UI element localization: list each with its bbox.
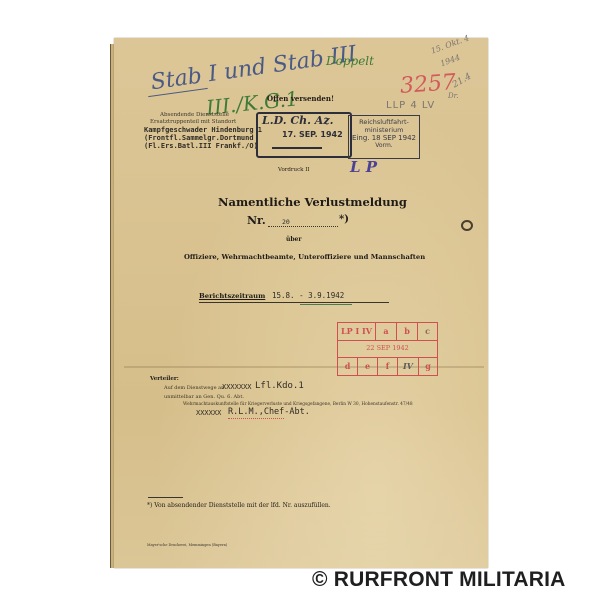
nr-value: 20 <box>282 218 290 226</box>
sender-line-3: (Fl.Ers.Batl.III Frankf./O) <box>144 142 258 150</box>
rlm-stamp-line4: Vorm. <box>349 142 419 149</box>
ueber-label: über <box>286 236 302 243</box>
red-stamp-top-row: LP I IV a b c <box>338 323 437 341</box>
sender-line-1: Kampfgeschwader Hindenburg 1 <box>144 126 262 134</box>
form-subtitle: Offiziere, Wehrmachtbeamte, Unteroffizie… <box>184 253 425 261</box>
rlm-stamp-line2: ministerium <box>349 126 419 134</box>
punch-hole <box>461 220 473 231</box>
offen-versenden-label: Offen versenden! <box>267 94 334 103</box>
receipt-stamp-ld: L.D. Ch. Az. 17. SEP. 1942 <box>256 112 352 158</box>
sender-line-2: (Frontfl.Sammelgr.Dortmund <box>144 134 254 142</box>
verteiler-label: Verteiler: <box>150 376 179 382</box>
verteiler-line2: unmittelbar an Gen. Qu. 6. Abt. <box>164 394 244 400</box>
verteiler-line1-prefix: Auf dem Dienstwege an <box>164 385 224 391</box>
stamp-ld-top: L.D. Ch. Az. <box>262 114 333 127</box>
stamp-ld-line <box>272 147 322 149</box>
verteiler-line4-value: R.L.M.,Chef-Abt. <box>228 407 310 417</box>
red-cell-g: g <box>419 358 437 375</box>
red-cell-c: c <box>418 323 437 340</box>
period-green-underline <box>300 304 352 305</box>
pencil-note-4: Dr. <box>448 92 458 100</box>
nr-field-line <box>268 226 338 227</box>
rlm-receipt-stamp: Reichsluftfahrt- ministerium Eing. 18 SE… <box>348 115 420 159</box>
sender-label-2: Ersatztruppenteil mit Standort <box>150 119 236 125</box>
red-cell-a: a <box>376 323 397 340</box>
period-underline <box>199 302 389 303</box>
nr-label: Nr. <box>247 214 266 227</box>
red-stamp-bottom-row: d e f IV g <box>338 357 437 375</box>
pencil-mark-llp: LLP 4 LV <box>386 100 435 111</box>
verteiler-line1-value: Lfl.Kdo.1 <box>255 381 304 391</box>
verteiler-line1-struck: XXXXXXX <box>222 383 252 391</box>
vordruck-label: Vordruck II <box>278 167 310 173</box>
verteiler-red-underline <box>228 418 284 419</box>
form-title: Namentliche Verlustmeldung <box>218 195 407 209</box>
red-cell-f: f <box>378 358 398 375</box>
red-cell-lp: LP I IV <box>338 323 376 340</box>
red-stamp-date: 22 SEP 1942 <box>338 341 437 356</box>
red-cell-iv: IV <box>398 358 419 375</box>
period-value: 15.8. - 3.9.1942 <box>272 291 344 300</box>
copyright-watermark: © RURFRONT MILITARIA <box>312 568 566 592</box>
purple-lp-mark: L P <box>350 158 377 176</box>
printer-imprint: Mayer'sche Druckerei, Memmingen (Bayern) <box>147 543 227 547</box>
rlm-stamp-line1: Reichsluftfahrt- <box>349 118 419 126</box>
footnote-rule <box>148 497 183 498</box>
footnote-text: *) Von absendender Dienststelle mit der … <box>147 502 331 509</box>
verteiler-line4-struck: XXXXXX <box>196 409 221 417</box>
red-cell-e: e <box>358 358 378 375</box>
nr-suffix: *) <box>339 214 349 225</box>
stamp-ld-date: 17. SEP. 1942 <box>282 130 343 139</box>
red-routing-stamp: LP I IV a b c 22 SEP 1942 d e f IV g <box>337 322 438 376</box>
red-cell-b: b <box>397 323 418 340</box>
red-cell-d: d <box>338 358 358 375</box>
handwritten-doppelt: Doppelt <box>326 54 374 68</box>
period-label: Berichtszeitraum <box>199 292 265 300</box>
rlm-stamp-line3: Eing. 18 SEP 1942 <box>349 134 419 142</box>
sender-label-1: Absendende Dienststelle <box>160 112 229 118</box>
